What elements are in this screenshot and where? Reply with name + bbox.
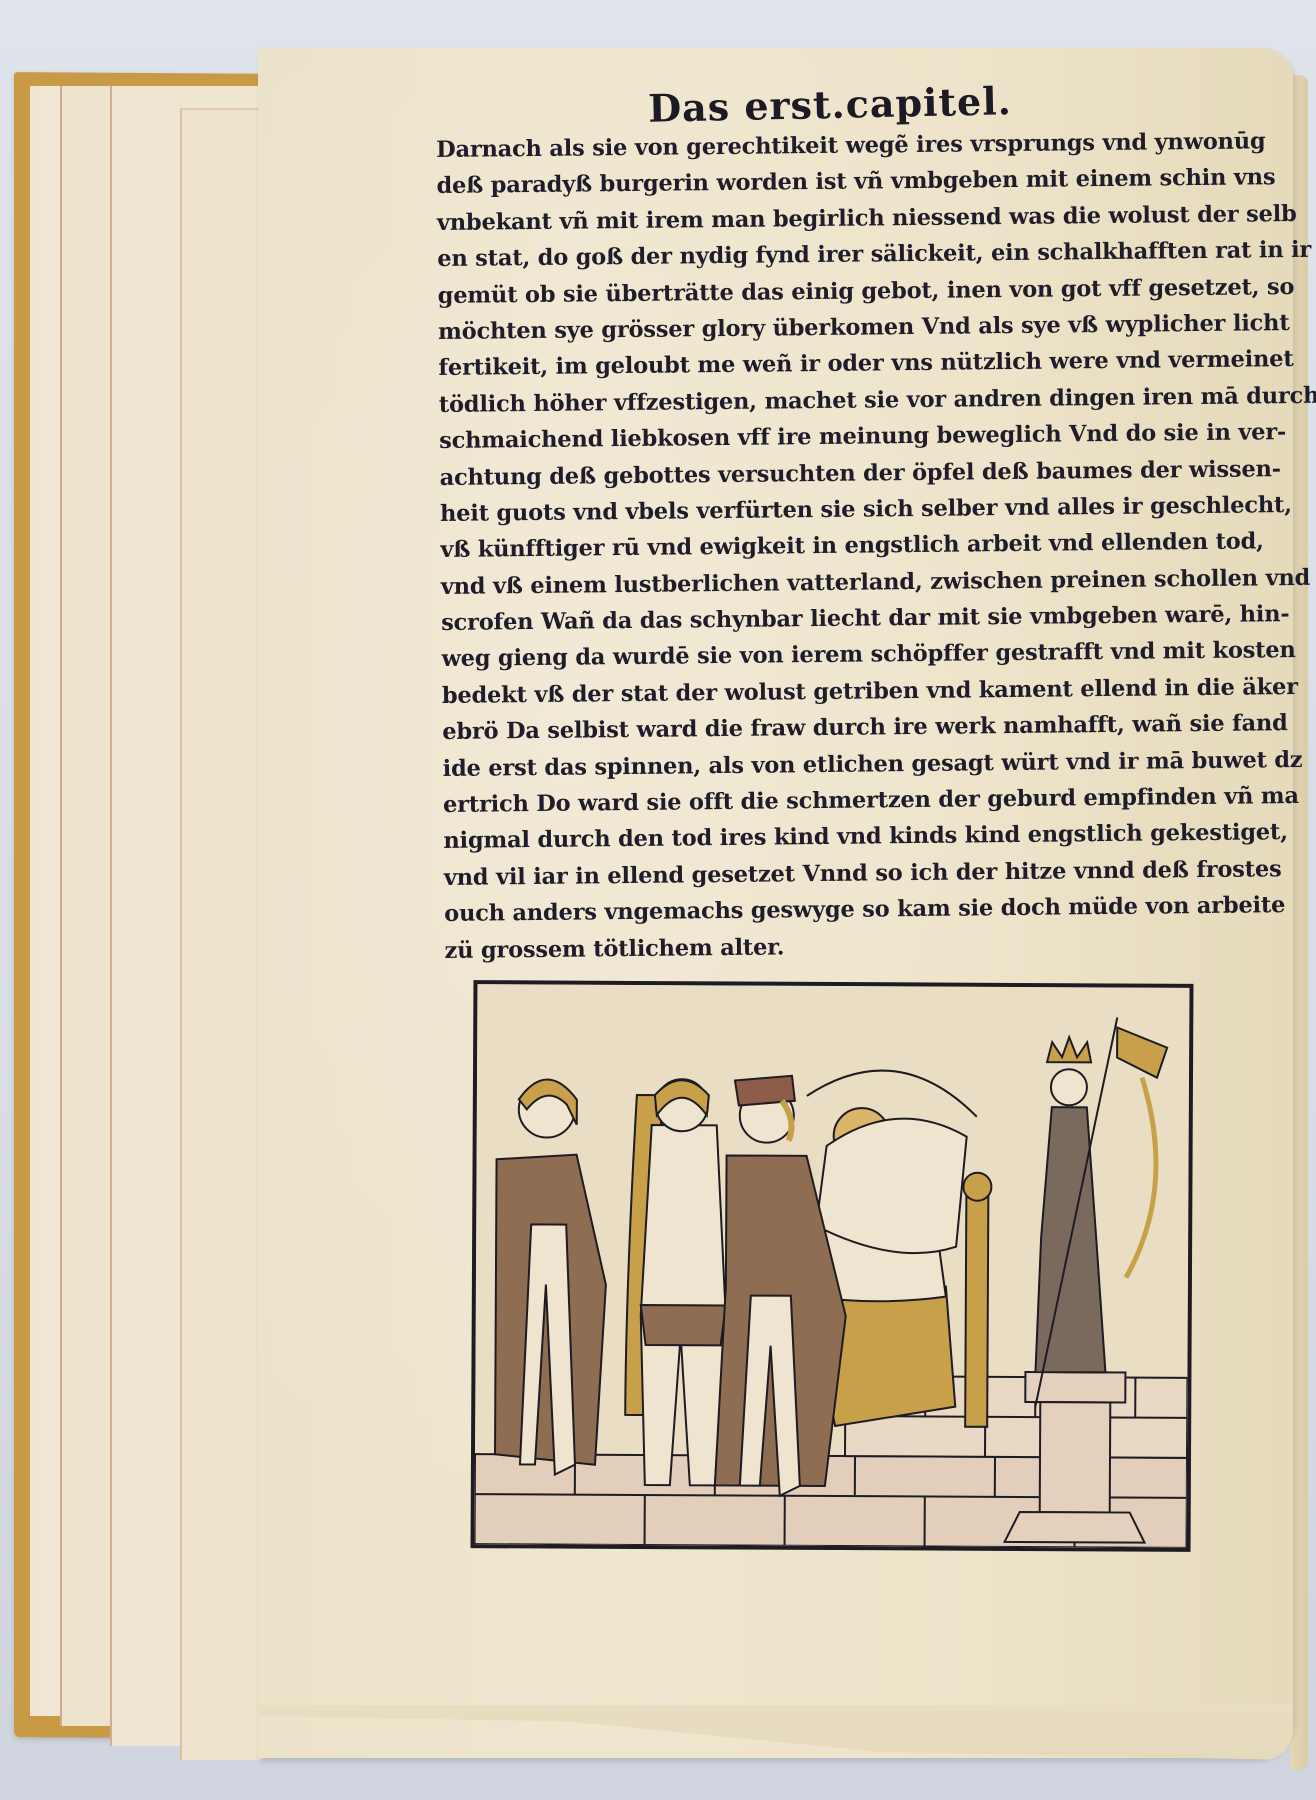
body-text: Darnach als sie von gerechtikeit wegẽ ir… xyxy=(436,124,1255,969)
woodcut-scene-icon xyxy=(475,984,1190,1548)
page-stack-edge xyxy=(180,108,262,1760)
woodcut-illustration xyxy=(471,980,1194,1552)
chapter-heading: Das erst.capitel. xyxy=(600,77,1061,132)
